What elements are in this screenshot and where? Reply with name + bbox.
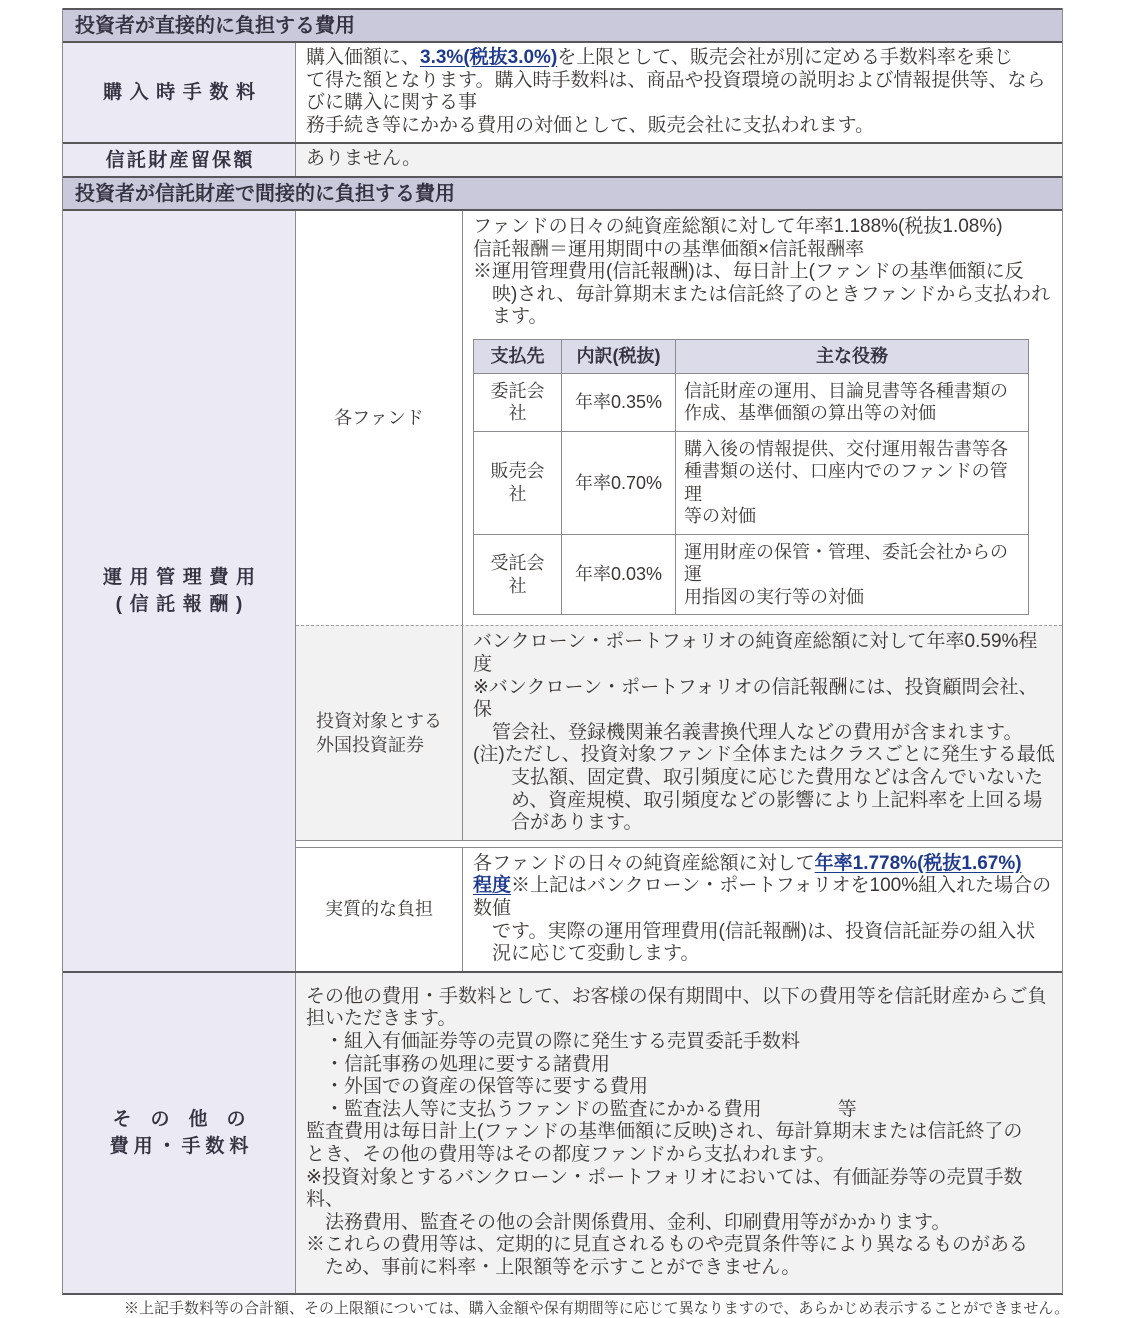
breakdown-payee: 受託会社 [474, 534, 562, 615]
effective-burden-note: ※上記はバンクローン・ポートフォリオを100%組入れた場合の数値 です。実際の運… [473, 875, 1051, 964]
other-fees-label-cell: その他の 費用・手数料 [63, 973, 296, 1294]
management-fee-label-cell: 運用管理費用 (信託報酬) [63, 211, 296, 971]
trust-reserve-label: 信託財産留保額 [103, 147, 254, 174]
fee-breakdown-table: 支払先 内訳(税抜) 主な役務 委託会社 年率0.35% 信託財産の運用、目論見… [473, 339, 1029, 616]
table-row: 委託会社 年率0.35% 信託財産の運用、目論見書等各種書類の 作成、基準価額の… [474, 373, 1029, 431]
double-line-separator [296, 840, 1062, 848]
subrow-effective-burden: 実質的な負担 各ファンドの日々の純資産総額に対して年率1.778%(税抜1.67… [296, 848, 1062, 971]
fee-table: 投資者が直接的に負担する費用 購入時手数料 購入価額に、3.3%(税抜3.0%)… [62, 8, 1063, 1295]
purchase-fee-text-pre: 購入価額に、 [306, 47, 420, 68]
foreign-securities-content: バンクローン・ポートフォリオの純資産総額に対して年率0.59%程度 ※バンクロー… [463, 626, 1062, 839]
each-fund-content: ファンドの日々の純資産総額に対して年率1.188%(税抜1.08%) 信託報酬＝… [463, 211, 1062, 625]
purchase-fee-label: 購入時手数料 [95, 79, 262, 106]
breakdown-payee: 委託会社 [474, 373, 562, 431]
each-fund-text: ファンドの日々の純資産総額に対して年率1.188%(税抜1.08%) 信託報酬＝… [473, 216, 1056, 329]
effective-burden-text-pre: 各ファンドの日々の純資産総額に対して [473, 853, 815, 874]
row-other-fees: その他の 費用・手数料 その他の費用・手数料として、お客様の保有期間中、以下の費… [63, 971, 1062, 1294]
section-header-indirect-costs: 投資者が信託財産で間接的に負担する費用 [63, 176, 1062, 211]
breakdown-role: 運用財産の保管・管理、委託会社からの運 用指図の実行等の対価 [676, 534, 1029, 615]
foreign-securities-label-cell: 投資対象とする 外国投資証券 [296, 626, 463, 839]
purchase-fee-label-cell: 購入時手数料 [63, 43, 296, 142]
purchase-fee-content: 購入価額に、3.3%(税抜3.0%)を上限として、販売会社が別に定める手数料率を… [296, 43, 1062, 142]
table-row: 販売会社 年率0.70% 購入後の情報提供、交付運用報告書等各 種書類の送付、口… [474, 431, 1029, 534]
breakdown-payee: 販売会社 [474, 431, 562, 534]
row-trust-reserve: 信託財産留保額 ありません。 [63, 142, 1062, 176]
breakdown-header-payee: 支払先 [474, 339, 562, 373]
breakdown-header-role: 主な役務 [676, 339, 1029, 373]
other-fees-content: その他の費用・手数料として、お客様の保有期間中、以下の費用等を信託財産からご負 … [296, 973, 1062, 1294]
subrow-foreign-securities: 投資対象とする 外国投資証券 バンクローン・ポートフォリオの純資産総額に対して年… [296, 625, 1062, 839]
row-purchase-fee: 購入時手数料 購入価額に、3.3%(税抜3.0%)を上限として、販売会社が別に定… [63, 43, 1062, 142]
table-row: 受託会社 年率0.03% 運用財産の保管・管理、委託会社からの運 用指図の実行等… [474, 534, 1029, 615]
each-fund-label: 各ファンド [334, 406, 424, 430]
subrow-each-fund: 各ファンド ファンドの日々の純資産総額に対して年率1.188%(税抜1.08%)… [296, 211, 1062, 625]
breakdown-header-rate: 内訳(税抜) [562, 339, 676, 373]
breakdown-header-row: 支払先 内訳(税抜) 主な役務 [474, 339, 1029, 373]
purchase-fee-rate-highlight: 3.3%(税抜3.0%) [420, 47, 557, 68]
breakdown-rate: 年率0.35% [562, 373, 676, 431]
fee-document: 投資者が直接的に負担する費用 購入時手数料 購入価額に、3.3%(税抜3.0%)… [62, 8, 1063, 1318]
effective-burden-content: 各ファンドの日々の純資産総額に対して年率1.778%(税抜1.67%) 程度※上… [463, 848, 1062, 971]
section-header-direct-costs: 投資者が直接的に負担する費用 [63, 8, 1062, 43]
management-fee-subrows: 各ファンド ファンドの日々の純資産総額に対して年率1.188%(税抜1.08%)… [296, 211, 1062, 971]
breakdown-rate: 年率0.03% [562, 534, 676, 615]
trust-reserve-content: ありません。 [296, 144, 1062, 176]
breakdown-rate: 年率0.70% [562, 431, 676, 534]
other-fees-label-line2: 費用・手数料 [105, 1133, 254, 1160]
management-fee-label: 運用管理費用 (信託報酬) [95, 564, 262, 618]
trust-reserve-label-cell: 信託財産留保額 [63, 144, 296, 176]
foreign-securities-label: 投資対象とする 外国投資証券 [316, 709, 442, 757]
other-fees-label-line1: その他の [93, 1106, 264, 1133]
table-footnote: ※上記手数料等の合計額、その上限額については、購入金額や保有期間等に応じて異なり… [124, 1300, 1130, 1318]
effective-burden-label: 実質的な負担 [325, 897, 433, 921]
breakdown-role: 購入後の情報提供、交付運用報告書等各 種書類の送付、口座内でのファンドの管理 等… [676, 431, 1029, 534]
effective-burden-label-cell: 実質的な負担 [296, 848, 463, 971]
row-management-fee: 運用管理費用 (信託報酬) 各ファンド ファンドの日々の純資産総額に対して年率1… [63, 211, 1062, 971]
breakdown-role: 信託財産の運用、目論見書等各種書類の 作成、基準価額の算出等の対価 [676, 373, 1029, 431]
each-fund-label-cell: 各ファンド [296, 211, 463, 625]
